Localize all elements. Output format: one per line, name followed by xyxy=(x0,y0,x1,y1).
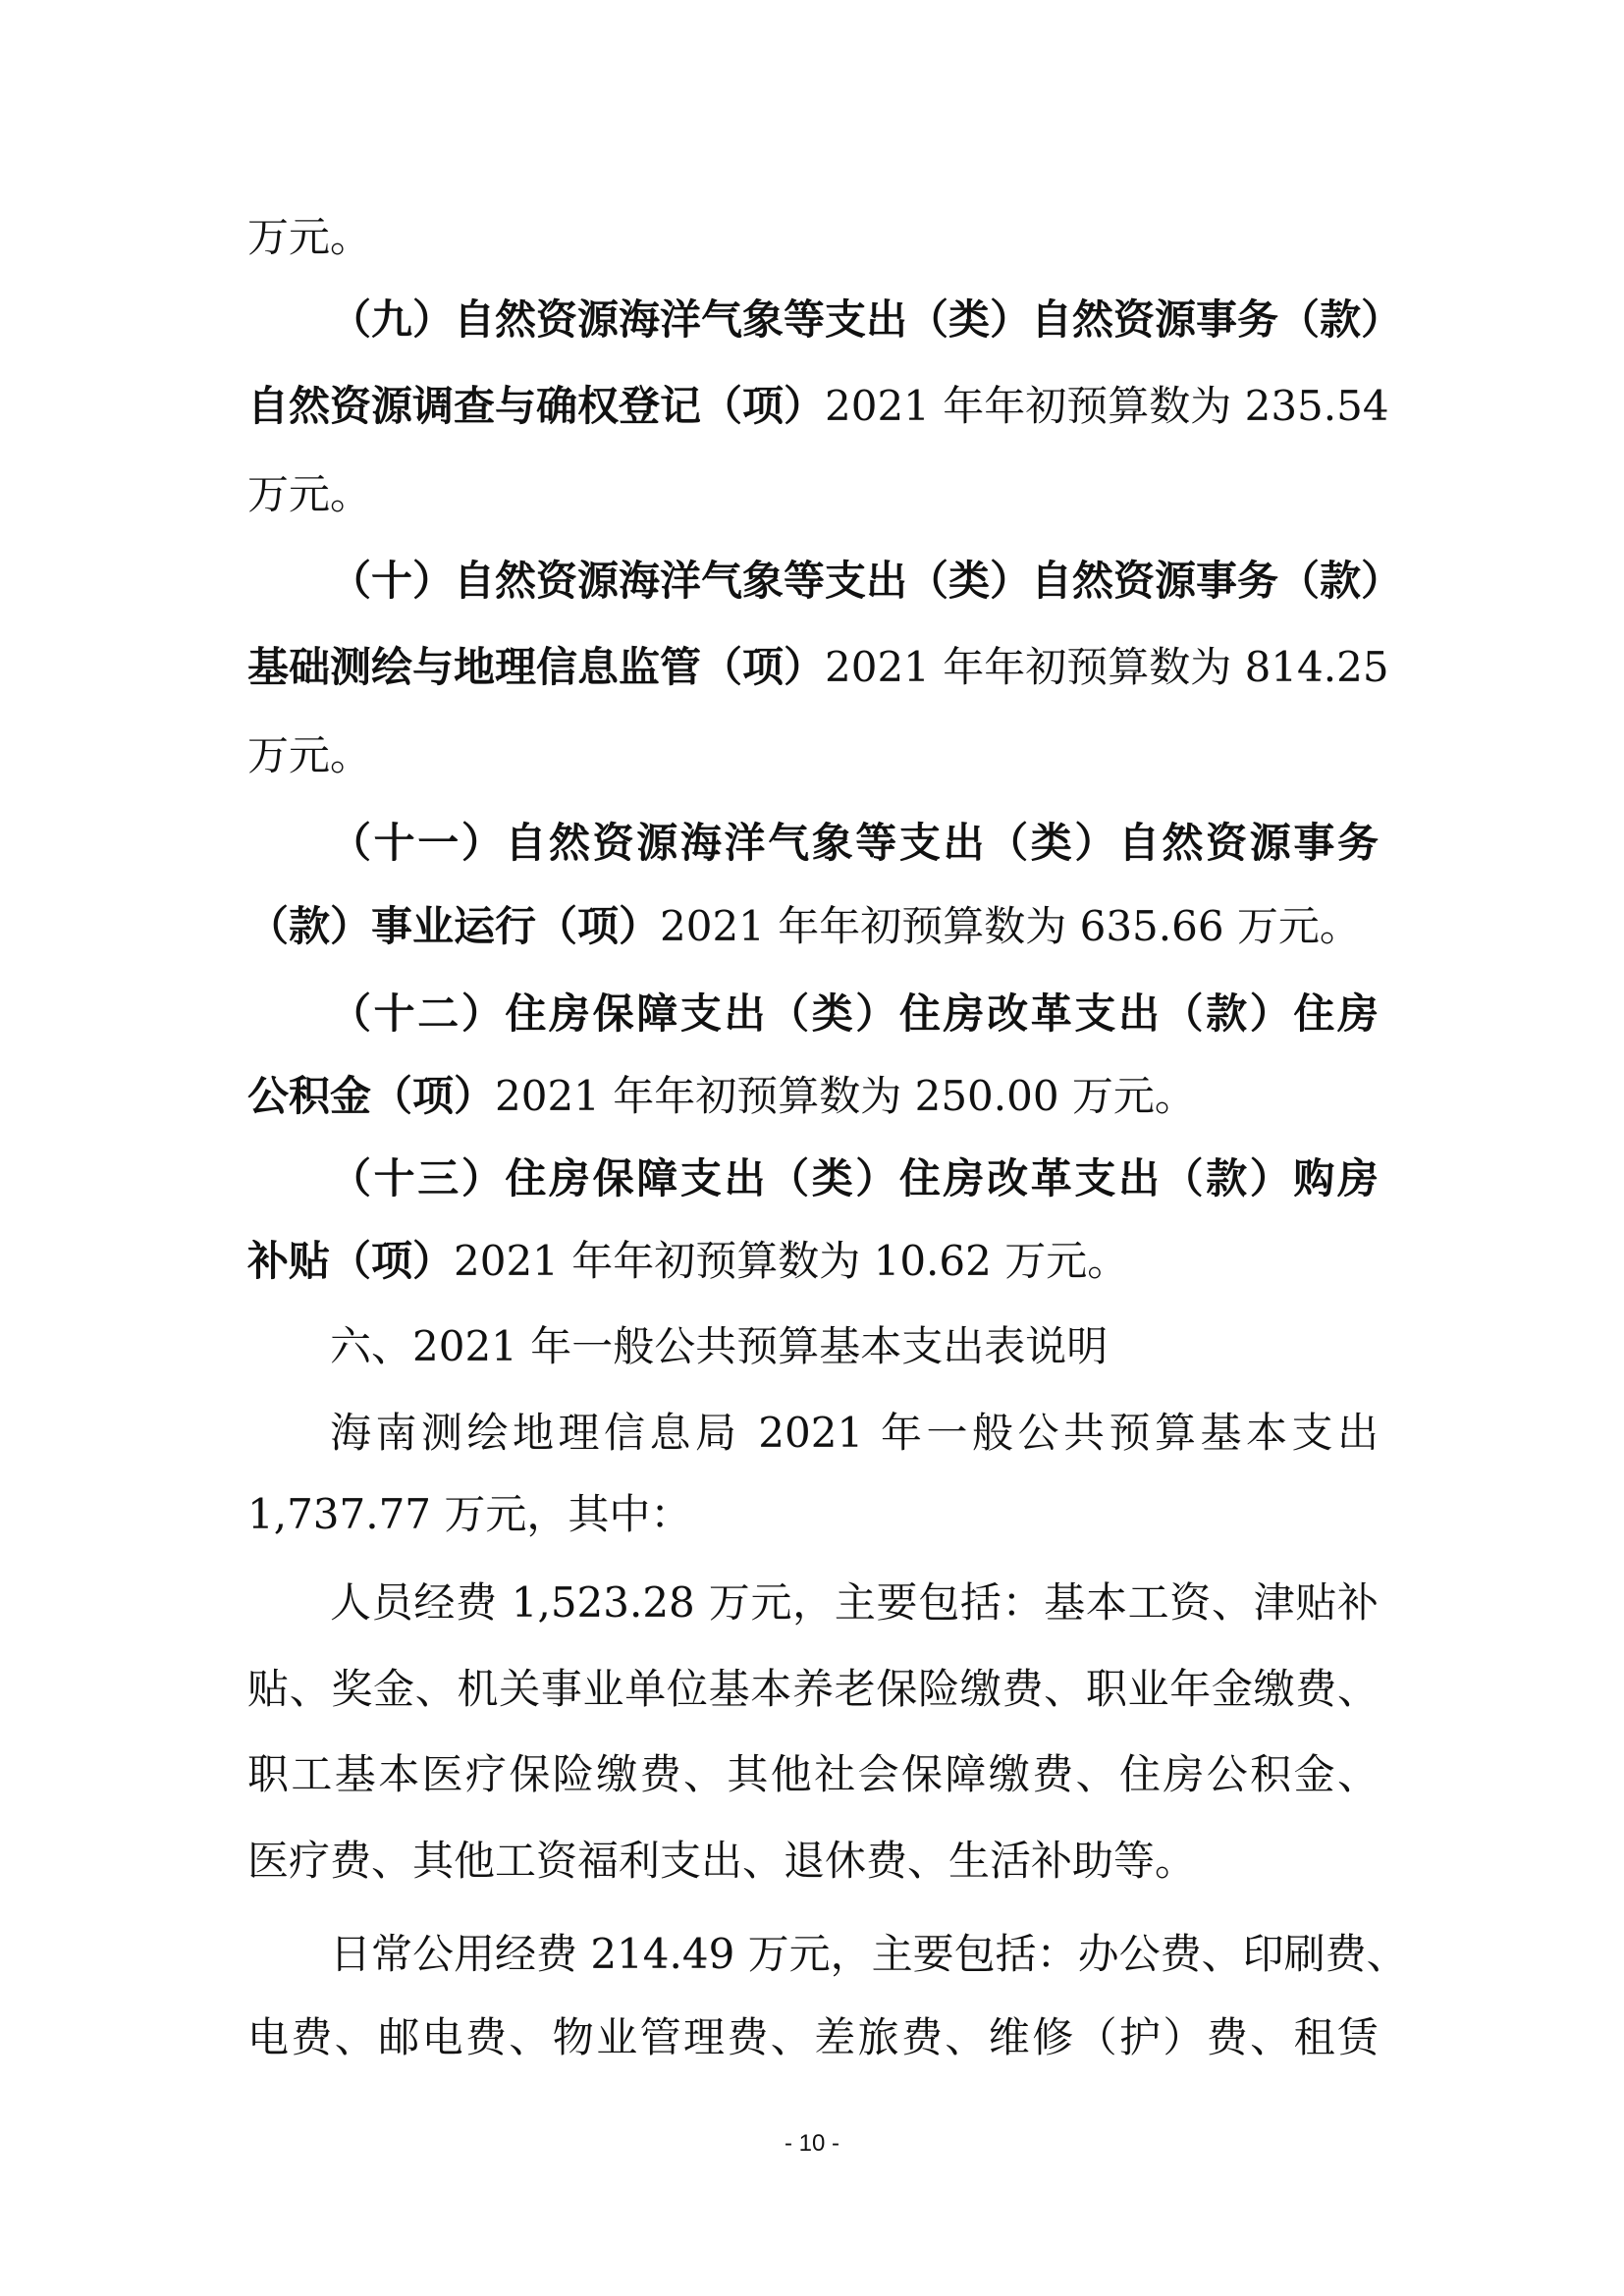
item-name: 公积金（项） xyxy=(247,1072,495,1120)
item-amount-text: 2021 年年初预算数为 250.00 万元。 xyxy=(495,1072,1196,1120)
text-line: 贴、奖金、机关事业单位基本养老保险缴费、职业年金缴费、 xyxy=(247,1660,1379,1719)
item-heading-line: （九）自然资源海洋气象等支出（类）自然资源事务（款） xyxy=(247,291,1379,349)
text-line: 电费、邮电费、物业管理费、差旅费、维修（护）费、租赁 xyxy=(247,2008,1379,2067)
text-line: 万元。 xyxy=(247,465,1379,524)
text-line: 自然资源调查与确权登记（项）2021 年年初预算数为 235.54 xyxy=(247,377,1379,436)
item-amount-text: 2021 年年初预算数为 814.25 xyxy=(825,643,1389,691)
item-heading-line: （十二）住房保障支出（类）住房改革支出（款）住房 xyxy=(247,985,1379,1043)
section-heading: 六、2021 年一般公共预算基本支出表说明 xyxy=(247,1317,1379,1376)
item-heading-line: （十）自然资源海洋气象等支出（类）自然资源事务（款） xyxy=(247,552,1379,611)
item-heading-line: （十三）住房保障支出（类）住房改革支出（款）购房 xyxy=(247,1149,1379,1208)
text-line: （款）事业运行（项）2021 年年初预算数为 635.66 万元。 xyxy=(247,897,1379,956)
page-number: - 10 - xyxy=(0,2130,1624,2158)
item-amount-text: 2021 年年初预算数为 235.54 xyxy=(825,382,1389,430)
text-line: 万元。 xyxy=(247,726,1379,785)
item-heading-line: （十一）自然资源海洋气象等支出（类）自然资源事务 xyxy=(247,814,1379,873)
item-name: （款）事业运行（项） xyxy=(247,902,660,950)
item-amount-text: 2021 年年初预算数为 635.66 万元。 xyxy=(660,902,1361,950)
text-line: 万元。 xyxy=(247,208,1379,267)
text-line: 补贴（项）2021 年年初预算数为 10.62 万元。 xyxy=(247,1232,1379,1291)
text-line: 人员经费 1,523.28 万元，主要包括：基本工资、津贴补 xyxy=(247,1574,1379,1632)
item-name: 补贴（项） xyxy=(247,1237,454,1285)
text-line: 医疗费、其他工资福利支出、退休费、生活补助等。 xyxy=(247,1832,1379,1891)
text-line: 日常公用经费 214.49 万元，主要包括：办公费、印刷费、 xyxy=(247,1925,1379,1984)
item-name: 自然资源调查与确权登记（项） xyxy=(247,382,825,430)
text-line: 海南测绘地理信息局 2021 年一般公共预算基本支出 xyxy=(247,1404,1379,1463)
text-line: 1,737.77 万元，其中： xyxy=(247,1485,1379,1544)
text-line: 公积金（项）2021 年年初预算数为 250.00 万元。 xyxy=(247,1067,1379,1126)
text-line: 职工基本医疗保险缴费、其他社会保障缴费、住房公积金、 xyxy=(247,1745,1379,1804)
item-name: 基础测绘与地理信息监管（项） xyxy=(247,643,825,691)
text-line: 基础测绘与地理信息监管（项）2021 年年初预算数为 814.25 xyxy=(247,638,1379,697)
item-amount-text: 2021 年年初预算数为 10.62 万元。 xyxy=(454,1237,1128,1285)
